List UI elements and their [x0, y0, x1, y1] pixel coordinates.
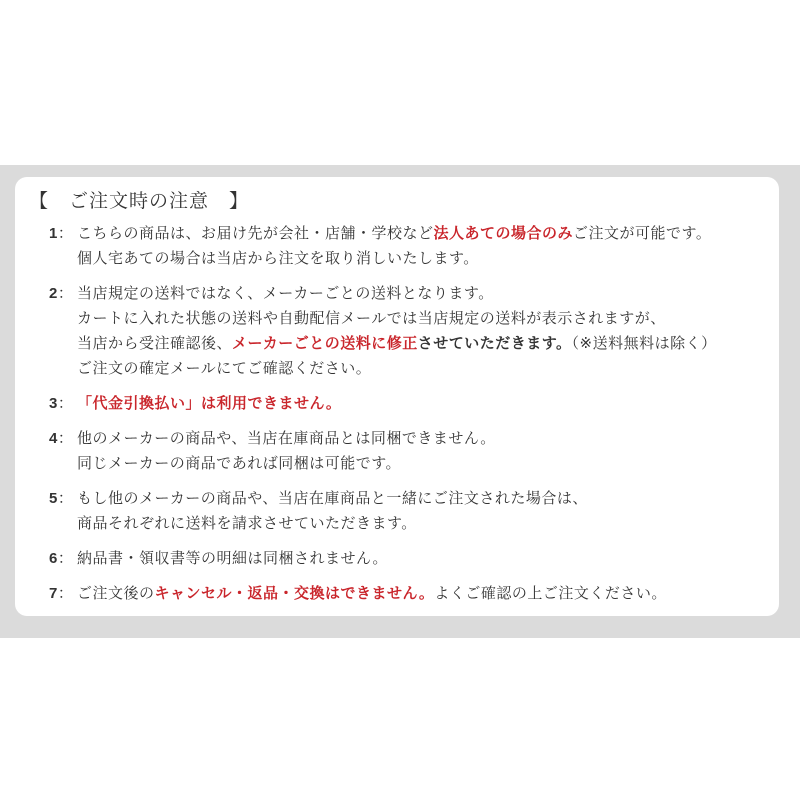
- notice-item: 3：「代金引換払い」は利用できません。: [29, 391, 765, 416]
- notice-card: 【 ご注文時の注意 】 1：こちらの商品は、お届け先が会社・店舗・学校など法人あ…: [15, 177, 779, 616]
- plain-text: 他のメーカーの商品や、当店在庫商品とは同梱できません。: [77, 430, 496, 447]
- plain-text: よくご確認の上ご注文ください。: [434, 585, 667, 602]
- plain-text: もし他のメーカーの商品や、当店在庫商品と一緒にご注文された場合は、: [77, 490, 588, 507]
- item-number: 2：: [49, 281, 77, 381]
- notice-item: 1：こちらの商品は、お届け先が会社・店舗・学校など法人あての場合のみご注文が可能…: [29, 221, 765, 271]
- item-number: 4：: [49, 426, 77, 476]
- plain-text: 商品それぞれに送料を請求させていただきます。: [77, 515, 417, 532]
- notice-item: 6：納品書・領収書等の明細は同梱されません。: [29, 546, 765, 571]
- plain-text: 当店規定の送料ではなく、メーカーごとの送料となります。: [77, 285, 494, 302]
- text-line: 当店規定の送料ではなく、メーカーごとの送料となります。: [77, 281, 765, 306]
- gray-band: 【 ご注文時の注意 】 1：こちらの商品は、お届け先が会社・店舗・学校など法人あ…: [0, 165, 800, 638]
- notice-item: 2：当店規定の送料ではなく、メーカーごとの送料となります。カートに入れた状態の送…: [29, 281, 765, 381]
- emphasis-text: 「代金引換払い」は利用できません。: [77, 395, 341, 412]
- emphasis-text: メーカーごとの送料に修正: [232, 335, 418, 352]
- notice-item: 4：他のメーカーの商品や、当店在庫商品とは同梱できません。同じメーカーの商品であ…: [29, 426, 765, 476]
- item-text: ご注文後のキャンセル・返品・交換はできません。よくご確認の上ご注文ください。: [77, 581, 765, 606]
- plain-text: 個人宅あての場合は当店から注文を取り消しいたします。: [77, 250, 479, 267]
- item-number: 6：: [49, 546, 77, 571]
- emphasis-text: キャンセル・返品・交換はできません。: [155, 585, 435, 602]
- plain-text: 同じメーカーの商品であれば同梱は可能です。: [77, 455, 401, 472]
- plain-text: こちらの商品は、お届け先が会社・店舗・学校など: [77, 225, 434, 242]
- item-text: 他のメーカーの商品や、当店在庫商品とは同梱できません。同じメーカーの商品であれば…: [77, 426, 765, 476]
- text-line: こちらの商品は、お届け先が会社・店舗・学校など法人あての場合のみご注文が可能です…: [77, 221, 765, 246]
- item-text: 納品書・領収書等の明細は同梱されません。: [77, 546, 765, 571]
- plain-text: 当店から受注確認後、: [77, 335, 232, 352]
- item-number: 3：: [49, 391, 77, 416]
- text-line: 商品それぞれに送料を請求させていただきます。: [77, 511, 765, 536]
- emphasis-text: させていただきます。: [418, 335, 572, 352]
- text-line: 「代金引換払い」は利用できません。: [77, 391, 765, 416]
- item-text: もし他のメーカーの商品や、当店在庫商品と一緒にご注文された場合は、商品それぞれに…: [77, 486, 765, 536]
- text-line: 当店から受注確認後、メーカーごとの送料に修正させていただきます。（※送料無料は除…: [77, 331, 765, 356]
- notice-item: 5：もし他のメーカーの商品や、当店在庫商品と一緒にご注文された場合は、商品それぞ…: [29, 486, 765, 536]
- item-text: 当店規定の送料ではなく、メーカーごとの送料となります。カートに入れた状態の送料や…: [77, 281, 765, 381]
- emphasis-text: 法人あての場合のみ: [434, 225, 574, 242]
- text-line: 他のメーカーの商品や、当店在庫商品とは同梱できません。: [77, 426, 765, 451]
- plain-text: ご注文後の: [77, 585, 155, 602]
- text-line: カートに入れた状態の送料や自動配信メールでは当店規定の送料が表示されますが、: [77, 306, 765, 331]
- text-line: ご注文の確定メールにてご確認ください。: [77, 356, 765, 381]
- item-number: 1：: [49, 221, 77, 271]
- notice-item: 7：ご注文後のキャンセル・返品・交換はできません。よくご確認の上ご注文ください。: [29, 581, 765, 606]
- plain-text: ご注文が可能です。: [573, 225, 711, 242]
- text-line: ご注文後のキャンセル・返品・交換はできません。よくご確認の上ご注文ください。: [77, 581, 765, 606]
- text-line: 個人宅あての場合は当店から注文を取り消しいたします。: [77, 246, 765, 271]
- notice-title: 【 ご注文時の注意 】: [29, 189, 765, 215]
- item-number: 5：: [49, 486, 77, 536]
- plain-text: （※送料無料は除く）: [572, 335, 717, 352]
- item-text: こちらの商品は、お届け先が会社・店舗・学校など法人あての場合のみご注文が可能です…: [77, 221, 765, 271]
- page: 【 ご注文時の注意 】 1：こちらの商品は、お届け先が会社・店舗・学校など法人あ…: [0, 0, 800, 800]
- item-text: 「代金引換払い」は利用できません。: [77, 391, 765, 416]
- text-line: 納品書・領収書等の明細は同梱されません。: [77, 546, 765, 571]
- plain-text: カートに入れた状態の送料や自動配信メールでは当店規定の送料が表示されますが、: [77, 310, 666, 327]
- item-number: 7：: [49, 581, 77, 606]
- text-line: もし他のメーカーの商品や、当店在庫商品と一緒にご注文された場合は、: [77, 486, 765, 511]
- text-line: 同じメーカーの商品であれば同梱は可能です。: [77, 451, 765, 476]
- plain-text: 納品書・領収書等の明細は同梱されません。: [77, 550, 388, 567]
- notice-list: 1：こちらの商品は、お届け先が会社・店舗・学校など法人あての場合のみご注文が可能…: [29, 221, 765, 606]
- plain-text: ご注文の確定メールにてご確認ください。: [77, 360, 371, 377]
